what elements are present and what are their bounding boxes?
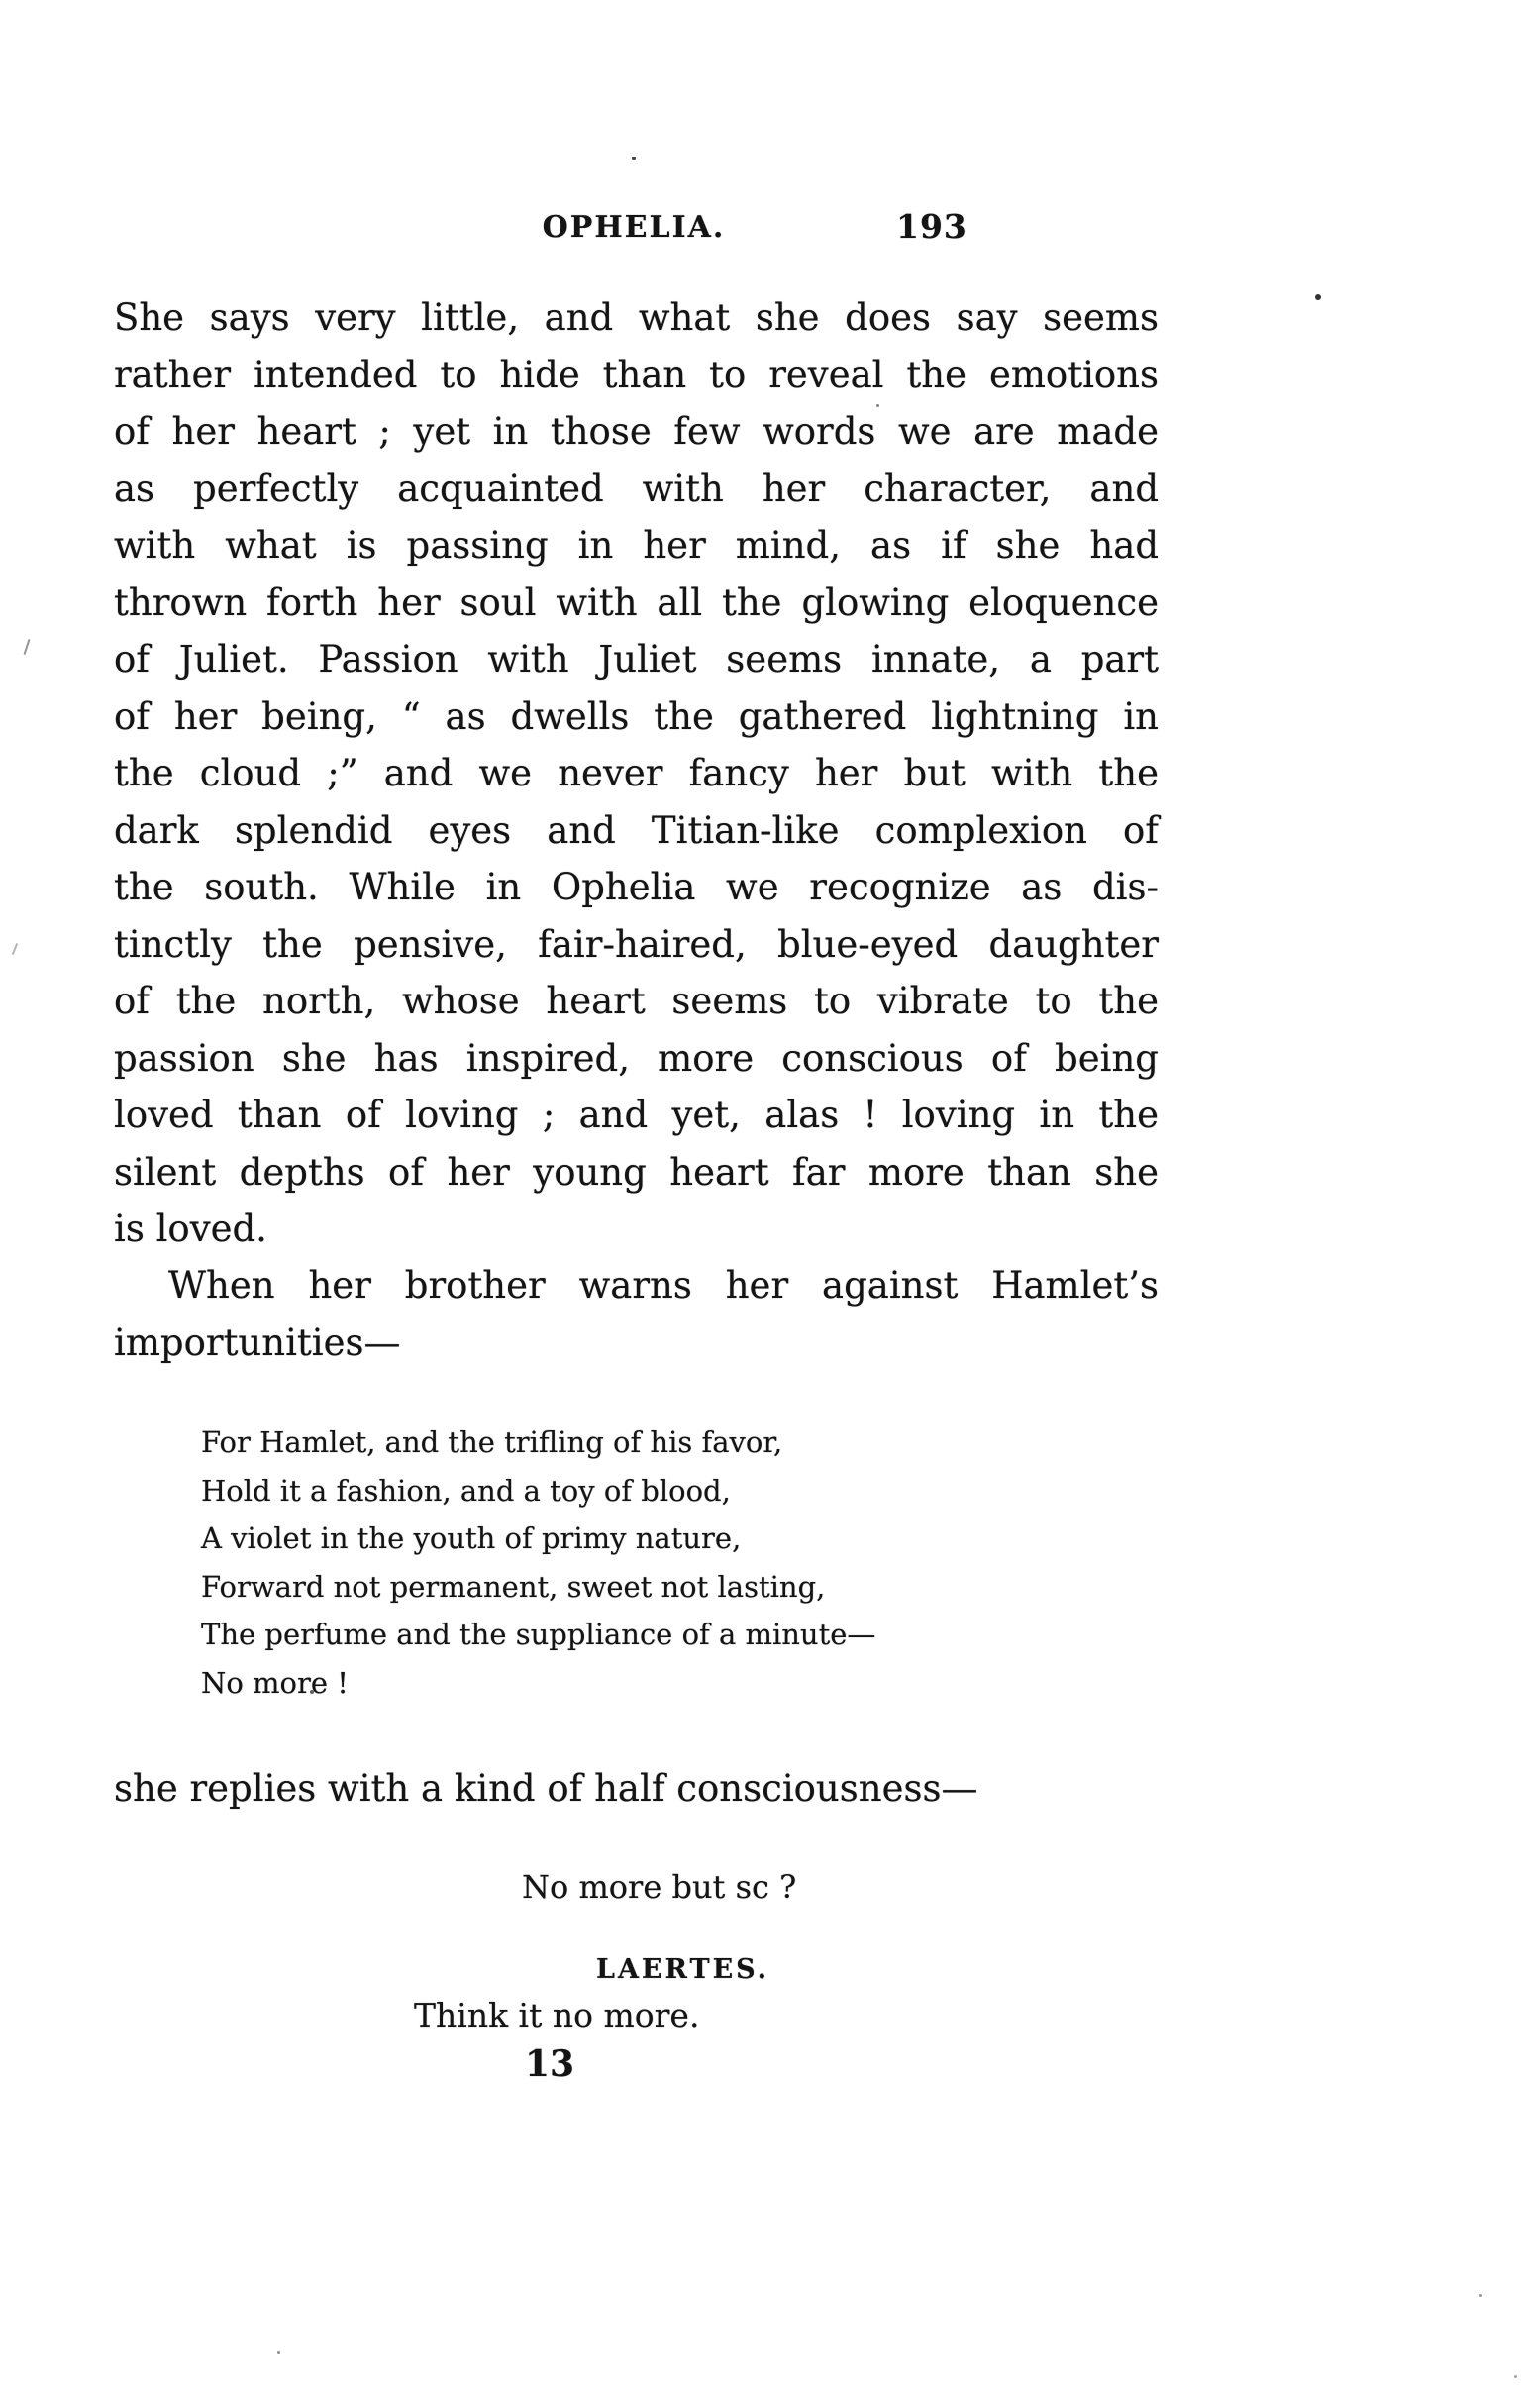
paragraph-main: She says very little, and what she does …	[114, 289, 1159, 1258]
scan-speck	[310, 1690, 314, 1694]
scan-scratch	[12, 943, 18, 955]
text-line: silent depths of her young heart far mor…	[114, 1144, 1159, 1202]
text-line: When her brother warns her against Hamle…	[114, 1257, 1159, 1314]
text-line: rather intended to hide than to reveal t…	[114, 347, 1159, 404]
laertes-dialogue-line: Think it no more.	[414, 1996, 699, 2035]
text-line: of the north, whose heart seems to vibra…	[114, 973, 1159, 1030]
scan-scratch	[24, 639, 31, 655]
speaker-name-laertes: LAERTES.	[596, 1954, 769, 1985]
text-line: dark splendid eyes and Titian-like compl…	[114, 802, 1159, 860]
text-line: of Juliet. Passion with Juliet seems inn…	[114, 631, 1159, 688]
paragraph-brother-warning: When her brother warns her against Hamle…	[114, 1257, 1159, 1371]
scan-speck	[277, 2351, 280, 2354]
verse-line: No more !	[201, 1659, 1191, 1708]
verse-line: The perfume and the suppliance of a minu…	[201, 1611, 1191, 1659]
text-line: with what is passing in her mind, as if …	[114, 517, 1159, 575]
page-number: 193	[896, 207, 967, 246]
text-line: the south. While in Ophelia we recognize…	[114, 859, 1159, 916]
text-line: of her being, “ as dwells the gathered l…	[114, 688, 1159, 746]
verse-line: Forward not permanent, sweet not lasting…	[201, 1563, 1191, 1612]
verse-line: A violet in the youth of primy nature,	[201, 1515, 1191, 1563]
text-line: the cloud ;” and we never fancy her but …	[114, 745, 1159, 802]
text-line: thrown forth her soul with all the glowi…	[114, 575, 1159, 632]
text-line: as perfectly acquainted with her charact…	[114, 461, 1159, 518]
text-line: She says very little, and what she does …	[114, 289, 1159, 347]
text-line: importunities—	[114, 1314, 1159, 1372]
text-line: tinctly the pensive, fair-haired, blue-e…	[114, 916, 1159, 974]
text-line: is loved.	[114, 1201, 1159, 1258]
text-line: loved than of loving ; and yet, alas ! l…	[114, 1087, 1159, 1144]
scan-speck	[876, 404, 879, 407]
scan-speck	[632, 157, 636, 160]
scan-speck	[1479, 2294, 1482, 2297]
verse-quotation-laertes: For Hamlet, and the trifling of his favo…	[201, 1418, 1191, 1707]
scan-speck	[1514, 2375, 1517, 2378]
verse-line: Hold it a fashion, and a toy of blood,	[201, 1467, 1191, 1516]
book-page: OPHELIA. 193 She says very little, and w…	[0, 0, 1526, 2408]
scan-speck	[1315, 294, 1321, 300]
signature-mark: 13	[525, 2043, 574, 2085]
ophelia-reply-line: No more but sc ?	[522, 1868, 796, 1906]
running-header-title: OPHELIA.	[543, 210, 726, 245]
text-line: passion she has inspired, more conscious…	[114, 1030, 1159, 1088]
paragraph-she-replies: she replies with a kind of half consciou…	[114, 1764, 1203, 1814]
text-line: of her heart ; yet in those few words we…	[114, 403, 1159, 461]
verse-line: For Hamlet, and the trifling of his favo…	[201, 1418, 1191, 1467]
